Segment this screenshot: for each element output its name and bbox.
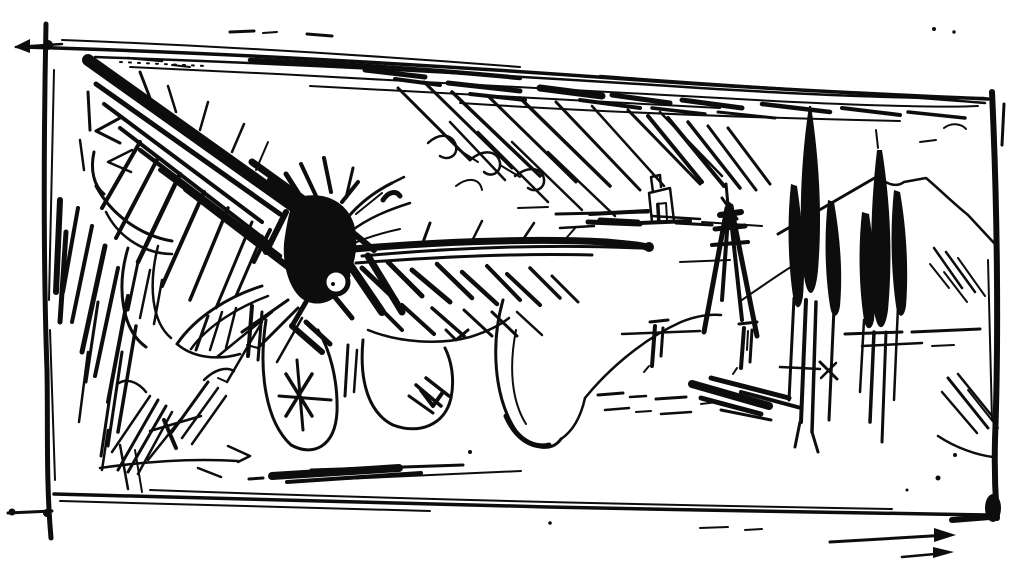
- landscape: [249, 106, 998, 482]
- left-arrow-tick: [14, 39, 62, 53]
- bottom-left-tick: [8, 509, 52, 518]
- moth-head: [324, 264, 349, 294]
- left-hatching-band: [56, 200, 171, 456]
- stick-figures: [622, 320, 757, 374]
- sketch-page: [0, 0, 1024, 570]
- moth: [80, 60, 721, 450]
- sketch-canvas: [0, 0, 1024, 570]
- companion-moth: [100, 369, 250, 492]
- cypress-trees: [789, 106, 908, 452]
- figure-left: [622, 320, 700, 372]
- moth-hindwings: [177, 286, 721, 450]
- bottom-right-arrows: [830, 517, 990, 558]
- figure-right: [733, 322, 757, 374]
